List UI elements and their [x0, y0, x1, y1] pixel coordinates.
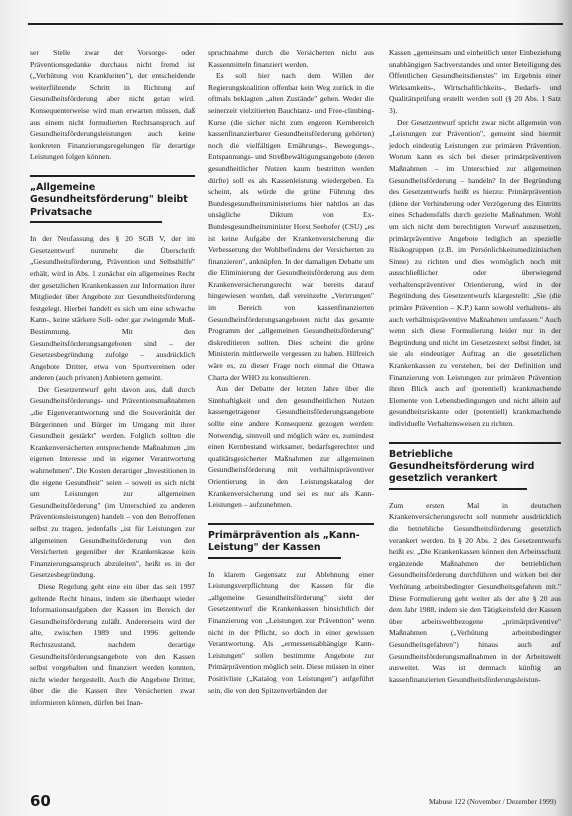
- column-2: spruchnahme durch die Versicherten nicht…: [208, 47, 374, 696]
- heading-underline: [389, 488, 527, 490]
- paragraph: Der Gesetzentwurf geht davon aus, daß du…: [30, 384, 195, 581]
- paragraph: Aus der Debatte der letzten Jahre über d…: [208, 383, 374, 511]
- section-heading: Betriebliche Gesundheitsförderung wird g…: [389, 449, 561, 486]
- heading-rule: [208, 523, 374, 525]
- paragraph: Zum ersten Mal in deutschen Krankenversi…: [389, 500, 561, 686]
- paragraph: spruchnahme durch die Versicherten nicht…: [208, 47, 374, 70]
- heading-underline: [30, 221, 162, 223]
- paragraph: Der Gesetzentwurf spricht zwar nicht all…: [389, 117, 561, 430]
- section-heading: „Allgemeine Gesundheitsförderung" bleibt…: [30, 182, 195, 219]
- paragraph: Es soll hier nach dem Willen der Regieru…: [208, 70, 374, 383]
- paragraph: Diese Regelung geht eine ein über das se…: [30, 581, 195, 709]
- page-number: 60: [30, 792, 51, 810]
- top-rule: [28, 23, 563, 25]
- heading-rule: [30, 175, 195, 177]
- paragraph: In klarem Gegensatz zur Ablehnung einer …: [208, 569, 374, 697]
- section-heading-block: Primärprävention als „Kann-Leistung" der…: [208, 523, 374, 559]
- heading-rule: [389, 442, 561, 444]
- paragraph: Kassen „gemeinsam und einheitlich unter …: [389, 47, 561, 117]
- paragraph: In der Neufassung des § 20 SGB V, der im…: [30, 233, 195, 384]
- running-footer: Mabuse 122 (November / Dezember 1999): [429, 797, 556, 806]
- column-1: ser Stelle zwar der Vorsorge- oder Präve…: [30, 47, 195, 709]
- column-3: Kassen „gemeinsam und einheitlich unter …: [389, 47, 561, 685]
- heading-underline: [208, 557, 341, 559]
- magazine-page: ser Stelle zwar der Vorsorge- oder Präve…: [0, 0, 572, 816]
- paragraph: ser Stelle zwar der Vorsorge- oder Präve…: [30, 47, 195, 163]
- section-heading: Primärprävention als „Kann-Leistung" der…: [208, 530, 374, 555]
- section-heading-block: Betriebliche Gesundheitsförderung wird g…: [389, 442, 561, 490]
- section-heading-block: „Allgemeine Gesundheitsförderung" bleibt…: [30, 175, 195, 223]
